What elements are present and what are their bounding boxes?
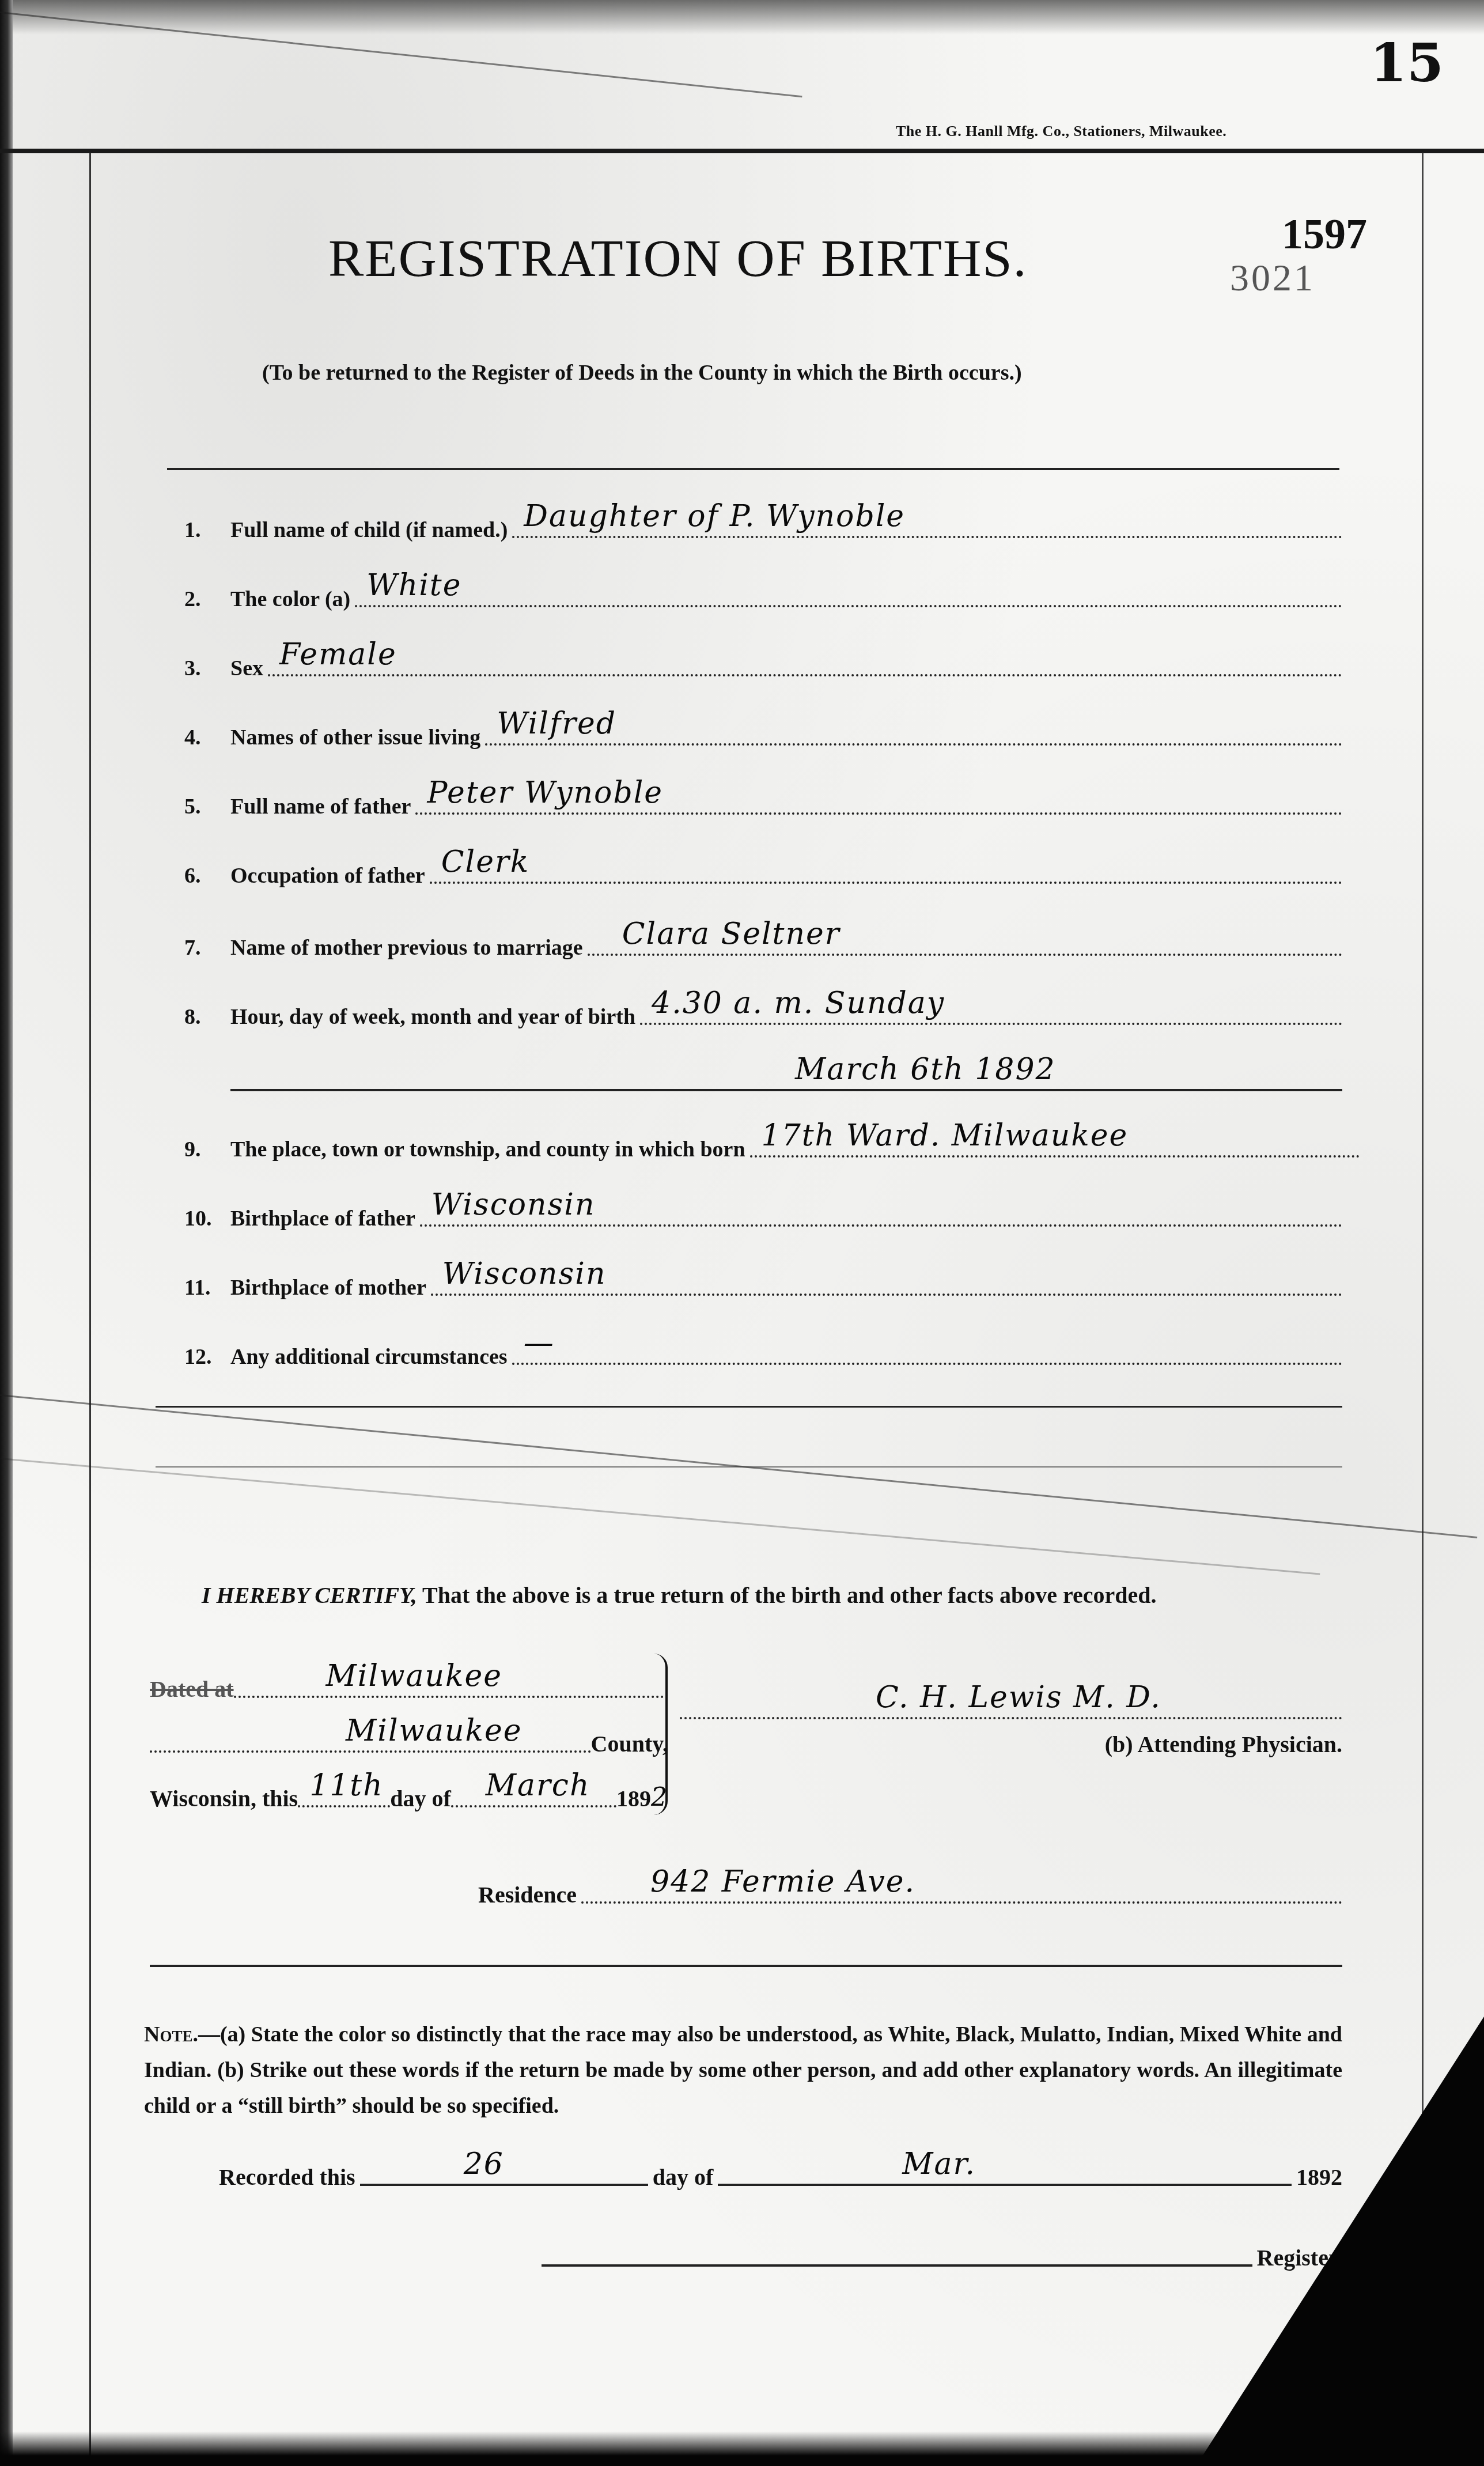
footnote: Note.—(a) State the color so distinctly …	[144, 2017, 1342, 2124]
field-line: Daughter of P. Wynoble	[512, 501, 1342, 538]
field-label: Hour, day of week, month and year of bir…	[230, 1004, 635, 1030]
faded-stamp-number: 3021	[1230, 256, 1315, 300]
note-text: —(a) State the color so distinctly that …	[144, 2022, 1342, 2118]
date-row: Wisconsin, this 11th day of March 1892	[150, 1757, 668, 1812]
field-line: 11th	[298, 1771, 390, 1807]
field-label: Any additional circumstances	[230, 1344, 508, 1370]
frame-left-border	[89, 153, 91, 2457]
field-line: Wisconsin	[420, 1190, 1342, 1227]
dated-at-value: Milwaukee	[326, 1659, 503, 1693]
field-color: 2. The color (a) White	[184, 570, 1342, 612]
handwritten-value: Peter Wynoble	[427, 776, 663, 810]
field-label: Sex	[230, 656, 263, 681]
field-label: Full name of child (if named.)	[230, 517, 508, 543]
county-row: Milwaukee County,	[150, 1703, 668, 1757]
note-lead: Note.	[144, 2022, 198, 2047]
field-label: Birthplace of father	[230, 1206, 415, 1231]
field-birth-date-line2: March 6th 1892	[230, 1054, 1342, 1096]
field-father-occupation: 6. Occupation of father Clerk	[184, 847, 1342, 888]
wisconsin-label: Wisconsin, this	[150, 1785, 298, 1812]
dated-at-label: Dated at	[150, 1675, 234, 1703]
field-line: 942 Fermie Ave.	[581, 1861, 1342, 1904]
field-additional-circumstances: 12. Any additional circumstances —	[184, 1328, 1342, 1370]
field-line: 17th Ward. Milwaukee	[750, 1121, 1360, 1158]
brace	[654, 1654, 668, 1815]
certification-date-block: Dated at Milwaukee Milwaukee County, Wis…	[150, 1648, 668, 1812]
field-number: 3.	[184, 656, 230, 681]
physician-signature: C. H. Lewis M. D.	[876, 1680, 1161, 1715]
physician-block: C. H. Lewis M. D. (b) Attending Physicia…	[680, 1671, 1342, 1758]
field-line: Milwaukee	[150, 1716, 591, 1753]
year-prefix: 189	[616, 1785, 651, 1812]
field-number: 11.	[184, 1275, 230, 1300]
handwritten-value: Clara Seltner	[622, 917, 841, 951]
field-mother-birthplace: 11. Birthplace of mother Wisconsin	[184, 1259, 1342, 1300]
header-rule	[0, 149, 1484, 153]
physician-signature-line: C. H. Lewis M. D.	[680, 1671, 1342, 1719]
field-number: 9.	[184, 1137, 230, 1162]
field-label: Birthplace of mother	[230, 1275, 426, 1300]
field-father-name: 5. Full name of father Peter Wynoble	[184, 778, 1342, 819]
recorded-month-value: Mar.	[902, 2147, 976, 2181]
document-subtitle: (To be returned to the Register of Deeds…	[262, 360, 1022, 385]
field-number: 12.	[184, 1344, 230, 1370]
subtitle-rule	[167, 468, 1339, 470]
field-number: 8.	[184, 1004, 230, 1030]
field-number: 10.	[184, 1206, 230, 1231]
register-signature-line	[542, 2236, 1252, 2267]
field-label: The place, town or township, and county …	[230, 1137, 745, 1162]
field-line: Clerk	[430, 847, 1342, 884]
field-number: 4.	[184, 725, 230, 750]
field-label: Names of other issue living	[230, 725, 480, 750]
field-line: March 6th 1892	[230, 1054, 1342, 1091]
frame-right-border	[1422, 153, 1424, 2285]
field-number: 7.	[184, 935, 230, 960]
handwritten-value: 17th Ward. Milwaukee	[762, 1118, 1129, 1153]
field-label: The color (a)	[230, 587, 350, 612]
field-mother-maiden-name: 7. Name of mother previous to marriage C…	[184, 919, 1342, 960]
field-label: Full name of father	[230, 794, 411, 819]
recorded-day-value: 26	[464, 2147, 504, 2181]
field-number: 1.	[184, 517, 230, 543]
certify-lead: I HEREBY CERTIFY,	[202, 1582, 417, 1608]
residence-value: 942 Fermie Ave.	[650, 1864, 915, 1899]
blank-rule	[156, 1406, 1342, 1408]
field-number: 6.	[184, 863, 230, 888]
handwritten-value: Daughter of P. Wynoble	[524, 499, 905, 534]
field-line: Wisconsin	[431, 1259, 1342, 1296]
birth-registration-document: 15 The H. G. Hanll Mfg. Co., Stationers,…	[0, 0, 1484, 2466]
day-value: 11th	[309, 1768, 384, 1803]
scan-top-shadow	[0, 0, 1484, 35]
residence-row: Residence 942 Fermie Ave.	[478, 1861, 1342, 1908]
scan-left-edge	[0, 0, 13, 2466]
field-label: Occupation of father	[230, 863, 425, 888]
field-sex: 3. Sex Female	[184, 640, 1342, 681]
physician-caption: (b) Attending Physician.	[680, 1731, 1342, 1758]
dated-at-row: Dated at Milwaukee	[150, 1648, 668, 1703]
scan-bottom-shadow	[0, 2431, 1484, 2466]
page-number: 15	[1370, 32, 1444, 94]
field-father-birthplace: 10. Birthplace of father Wisconsin	[184, 1190, 1342, 1231]
field-line: 4.30 a. m. Sunday	[640, 988, 1342, 1025]
recorded-label: Recorded this	[219, 2164, 355, 2191]
field-number: 5.	[184, 794, 230, 819]
document-title: REGISTRATION OF BIRTHS.	[328, 228, 1028, 289]
certification-statement: I HEREBY CERTIFY, That the above is a tr…	[202, 1582, 1156, 1609]
field-birth-datetime: 8. Hour, day of week, month and year of …	[184, 988, 1342, 1030]
field-label: Name of mother previous to marriage	[230, 935, 583, 960]
handwritten-value: Wilfred	[497, 706, 616, 741]
field-line: Peter Wynoble	[415, 778, 1342, 815]
field-line: Milwaukee	[234, 1661, 668, 1698]
certificate-number: 1597	[1282, 210, 1367, 259]
certify-text: That the above is a true return of the b…	[417, 1582, 1157, 1608]
residence-label: Residence	[478, 1881, 577, 1908]
handwritten-value: Clerk	[441, 845, 530, 879]
field-line: March	[451, 1771, 616, 1807]
handwritten-value: White	[366, 568, 461, 603]
handwritten-value: March 6th 1892	[795, 1052, 1056, 1087]
blank-rule	[156, 1466, 1342, 1468]
residence-bottom-rule	[150, 1965, 1342, 1967]
field-child-name: 1. Full name of child (if named.) Daught…	[184, 501, 1342, 543]
scan-corner-shadow	[1196, 2017, 1484, 2466]
printer-imprint: The H. G. Hanll Mfg. Co., Stationers, Mi…	[896, 123, 1226, 140]
field-line: 26	[360, 2143, 648, 2186]
month-value: March	[486, 1768, 590, 1803]
handwritten-value: Wisconsin	[442, 1257, 607, 1291]
field-line: —	[512, 1328, 1342, 1365]
recorded-row: Recorded this 26 day of Mar. 1892	[219, 2143, 1342, 2191]
county-value: Milwaukee	[346, 1714, 523, 1748]
field-line: Female	[268, 640, 1342, 676]
handwritten-value: 4.30 a. m. Sunday	[652, 986, 945, 1020]
day-of-label: day of	[390, 1785, 451, 1812]
field-birthplace: 9. The place, town or township, and coun…	[184, 1121, 1360, 1162]
handwritten-value: Female	[279, 637, 397, 672]
field-line: Clara Seltner	[588, 919, 1342, 956]
field-other-issue: 4. Names of other issue living Wilfred	[184, 709, 1342, 750]
field-line: Wilfred	[485, 709, 1342, 746]
scan-scratch	[0, 1458, 1320, 1575]
handwritten-value: —	[524, 1326, 555, 1360]
handwritten-value: Wisconsin	[431, 1187, 596, 1222]
recorded-day-of-label: day of	[653, 2164, 714, 2191]
field-number: 2.	[184, 587, 230, 612]
field-line: White	[355, 570, 1342, 607]
